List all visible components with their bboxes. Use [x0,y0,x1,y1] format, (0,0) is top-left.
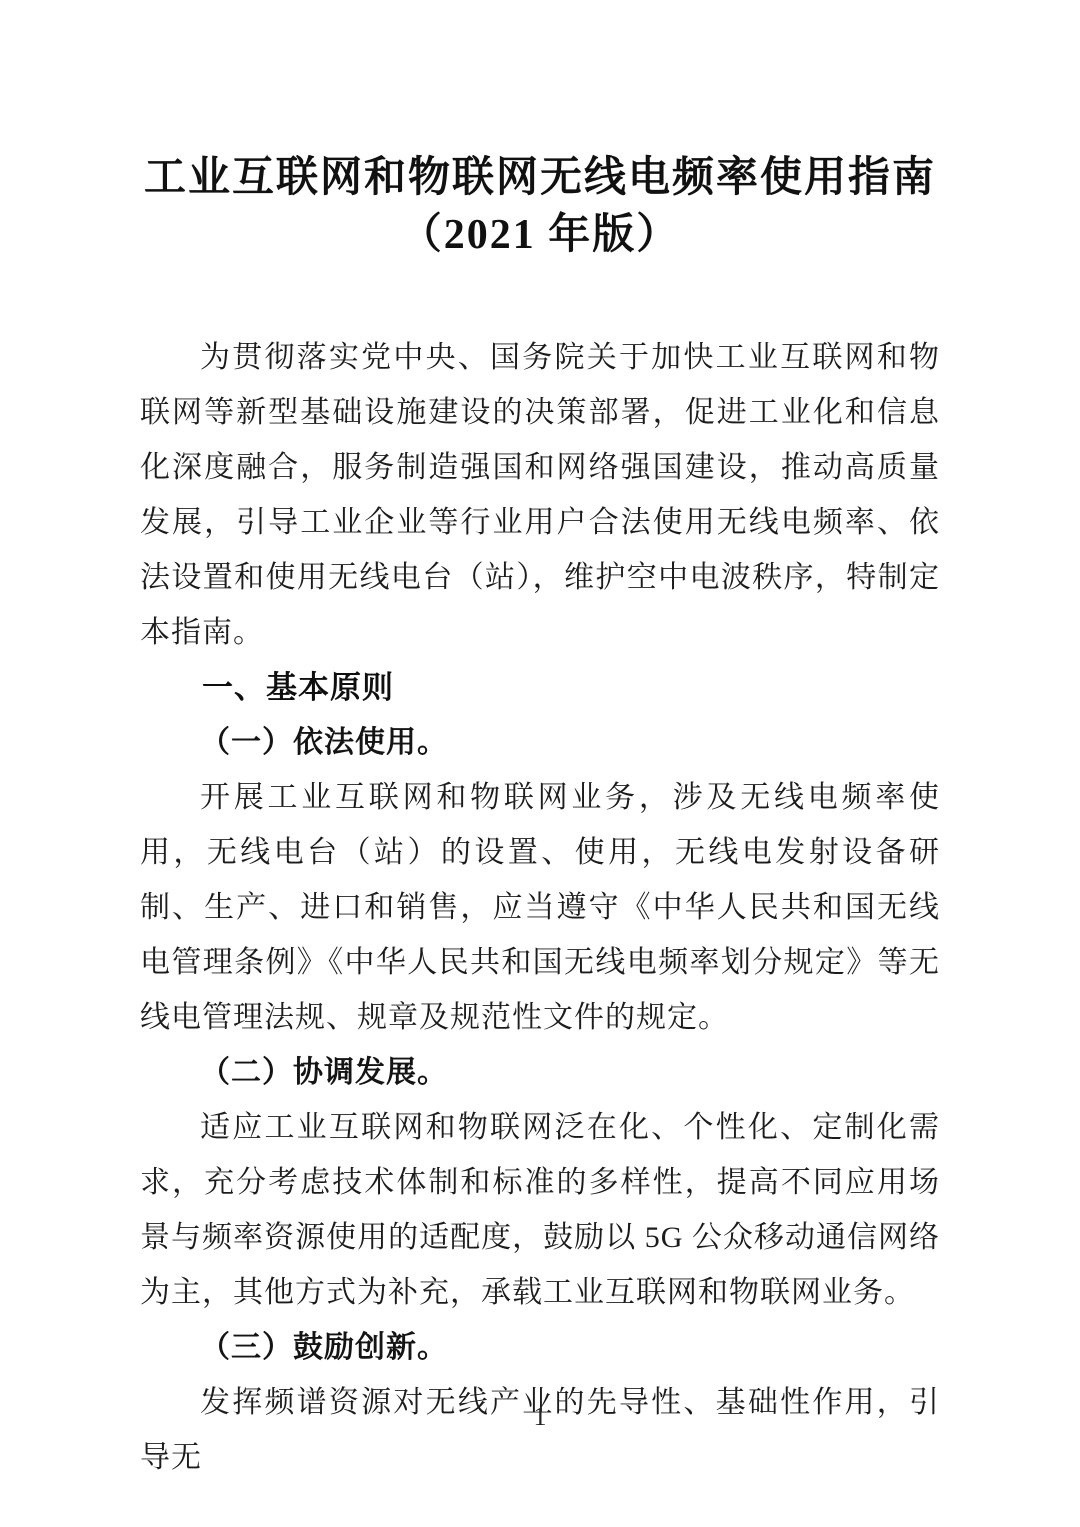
heading-basic-principles: 一、基本原则 [140,660,940,715]
subheading-coordinated-development: （二）协调发展。 [140,1045,940,1100]
document-title: 工业互联网和物联网无线电频率使用指南 （2021 年版） [140,150,940,264]
document-page: 工业互联网和物联网无线电频率使用指南 （2021 年版） 为贯彻落实党中央、国务… [0,0,1080,1527]
document-content: 工业互联网和物联网无线电频率使用指南 （2021 年版） 为贯彻落实党中央、国务… [140,150,940,1485]
paragraph-preamble: 为贯彻落实党中央、国务院关于加快工业互联网和物联网等新型基础设施建设的决策部署，… [140,330,940,660]
paragraph-coordinated-development: 适应工业互联网和物联网泛在化、个性化、定制化需求，充分考虑技术体制和标准的多样性… [140,1100,940,1320]
title-line-2: （2021 年版） [140,207,940,264]
title-line-1: 工业互联网和物联网无线电频率使用指南 [140,150,940,207]
subheading-encourage-innovation: （三）鼓励创新。 [140,1320,940,1375]
page-number: 1 [0,1402,1080,1432]
subheading-lawful-use: （一）依法使用。 [140,715,940,770]
paragraph-lawful-use: 开展工业互联网和物联网业务，涉及无线电频率使用，无线电台（站）的设置、使用，无线… [140,770,940,1045]
